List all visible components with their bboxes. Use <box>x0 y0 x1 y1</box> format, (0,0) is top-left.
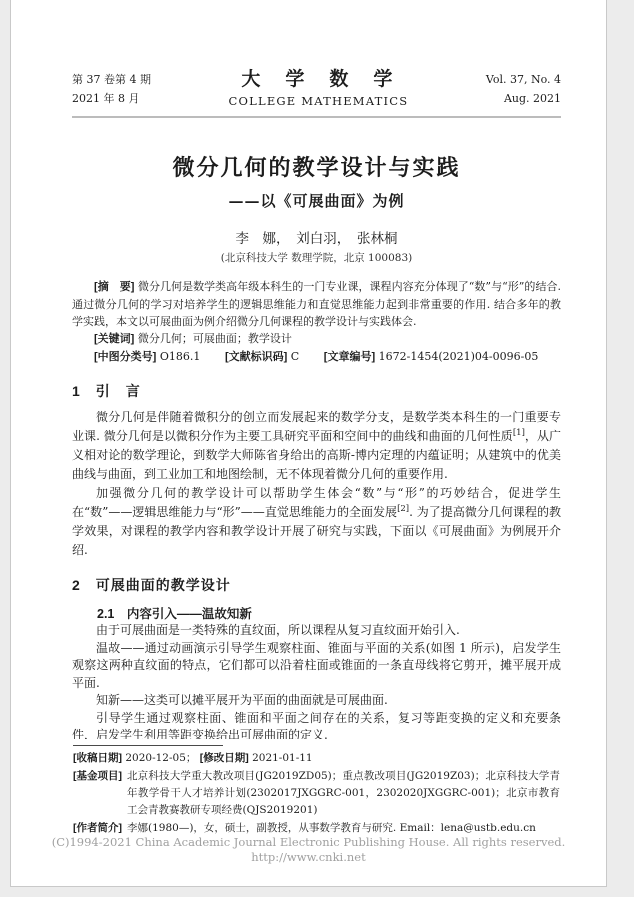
section-2-heading: 2 可展曲面的教学设计 <box>72 575 561 595</box>
section-2-paragraph-3: 知新——这类可以摊平展开为平面的曲面就是可展曲面. <box>72 692 561 710</box>
keywords-line: [关键词] 微分几何；可展曲面；教学设计 <box>72 330 561 348</box>
journal-title-cn: 大 学 数 学 <box>151 70 486 89</box>
section-1-heading: 1 引 言 <box>72 381 561 401</box>
issue-info-cn: 第 37 卷第 4 期 2021 年 8 月 <box>72 70 151 108</box>
affiliation-line: (北京科技大学 数理学院，北京 100083) <box>72 250 561 265</box>
journal-page: 第 37 卷第 4 期 2021 年 8 月 大 学 数 学 COLLEGE M… <box>10 0 607 887</box>
article-subtitle: ——以《可展曲面》为例 <box>72 190 561 211</box>
clc-label: [中图分类号] <box>94 351 156 363</box>
paragraph-text: 微分几何是伴随着微积分的创立而发展起来的数学分支，是数学类本科生的一门重要专业课… <box>72 410 561 443</box>
fund-text: 北京科技大学重大教改项目(JG2019ZD05)；重点教改项目(JG2019Z0… <box>127 768 560 819</box>
clc-value: O186.1 <box>160 350 201 363</box>
journal-header: 第 37 卷第 4 期 2021 年 8 月 大 学 数 学 COLLEGE M… <box>72 70 561 111</box>
page-content: 第 37 卷第 4 期 2021 年 8 月 大 学 数 学 COLLEGE M… <box>11 0 606 797</box>
abstract-text: 微分几何是数学类高年级本科生的一门专业课，课程内容充分体现了“数”与“形”的结合… <box>72 280 561 328</box>
article-id-label: [文章编号] <box>324 351 375 363</box>
section-2-paragraph-2: 温故——通过动画演示引导学生观察柱面、锥面与平面的关系(如图 1 所示)，启发学… <box>72 640 561 693</box>
citation-ref-1: [1] <box>513 428 525 438</box>
doc-code-value: C <box>291 350 299 363</box>
footnote-fund-line: [基金项目] 北京科技大学重大教改项目(JG2019ZD05)；重点教改项目(J… <box>73 768 560 819</box>
citation-ref-2: [2] <box>397 504 409 514</box>
revised-date-label: [修改日期] <box>200 752 249 764</box>
section-2-1-heading: 2.1 内容引入——温故知新 <box>72 604 561 622</box>
section-1-paragraph-2: 加强微分几何的教学设计可以帮助学生体会“数”与“形”的巧妙结合，促进学生在“数”… <box>72 484 561 560</box>
doc-code-label: [文献标识码] <box>225 351 287 363</box>
footnote-divider <box>73 745 223 746</box>
abstract-label: [摘 要] <box>94 281 134 293</box>
issue-date-en: Aug. 2021 <box>486 89 561 108</box>
keywords-label: [关键词] <box>94 333 134 345</box>
revised-date-value: 2021-01-11 <box>252 752 313 764</box>
received-date-label: [收稿日期] <box>73 752 122 764</box>
copyright-line: (C)1994-2021 China Academic Journal Elec… <box>12 834 605 864</box>
abstract-paragraph: [摘 要] 微分几何是数学类高年级本科生的一门专业课，课程内容充分体现了“数”与… <box>72 278 561 330</box>
classification-line: [中图分类号] O186.1 [文献标识码] C [文章编号] 1672-145… <box>72 348 561 366</box>
received-date-value: 2020-12-05； <box>125 752 196 764</box>
section-1-paragraph-1: 微分几何是伴随着微积分的创立而发展起来的数学分支，是数学类本科生的一门重要专业课… <box>72 408 561 484</box>
section-2-paragraph-1: 由于可展曲面是一类特殊的直纹面，所以课程从复习直纹面开始引入. <box>72 622 561 640</box>
issue-number-cn: 第 37 卷第 4 期 <box>72 70 151 89</box>
fund-label: [基金项目] <box>73 768 122 819</box>
authors-line: 李 娜， 刘白羽， 张林桐 <box>72 227 561 247</box>
header-divider <box>72 116 561 118</box>
journal-title-block: 大 学 数 学 COLLEGE MATHEMATICS <box>151 70 486 111</box>
footnote-dates-line: [收稿日期] 2020-12-05； [修改日期] 2021-01-11 <box>73 750 560 767</box>
volume-number-en: Vol. 37, No. 4 <box>486 70 561 89</box>
article-id-value: 1672-1454(2021)04-0096-05 <box>379 350 539 363</box>
article-title: 微分几何的教学设计与实践 <box>72 151 561 182</box>
footnote-area: [收稿日期] 2020-12-05； [修改日期] 2021-01-11 [基金… <box>12 739 605 885</box>
journal-title-en: COLLEGE MATHEMATICS <box>151 92 486 111</box>
issue-date-cn: 2021 年 8 月 <box>72 89 151 108</box>
keywords-text: 微分几何；可展曲面；教学设计 <box>138 332 292 345</box>
issue-info-en: Vol. 37, No. 4 Aug. 2021 <box>486 70 561 108</box>
